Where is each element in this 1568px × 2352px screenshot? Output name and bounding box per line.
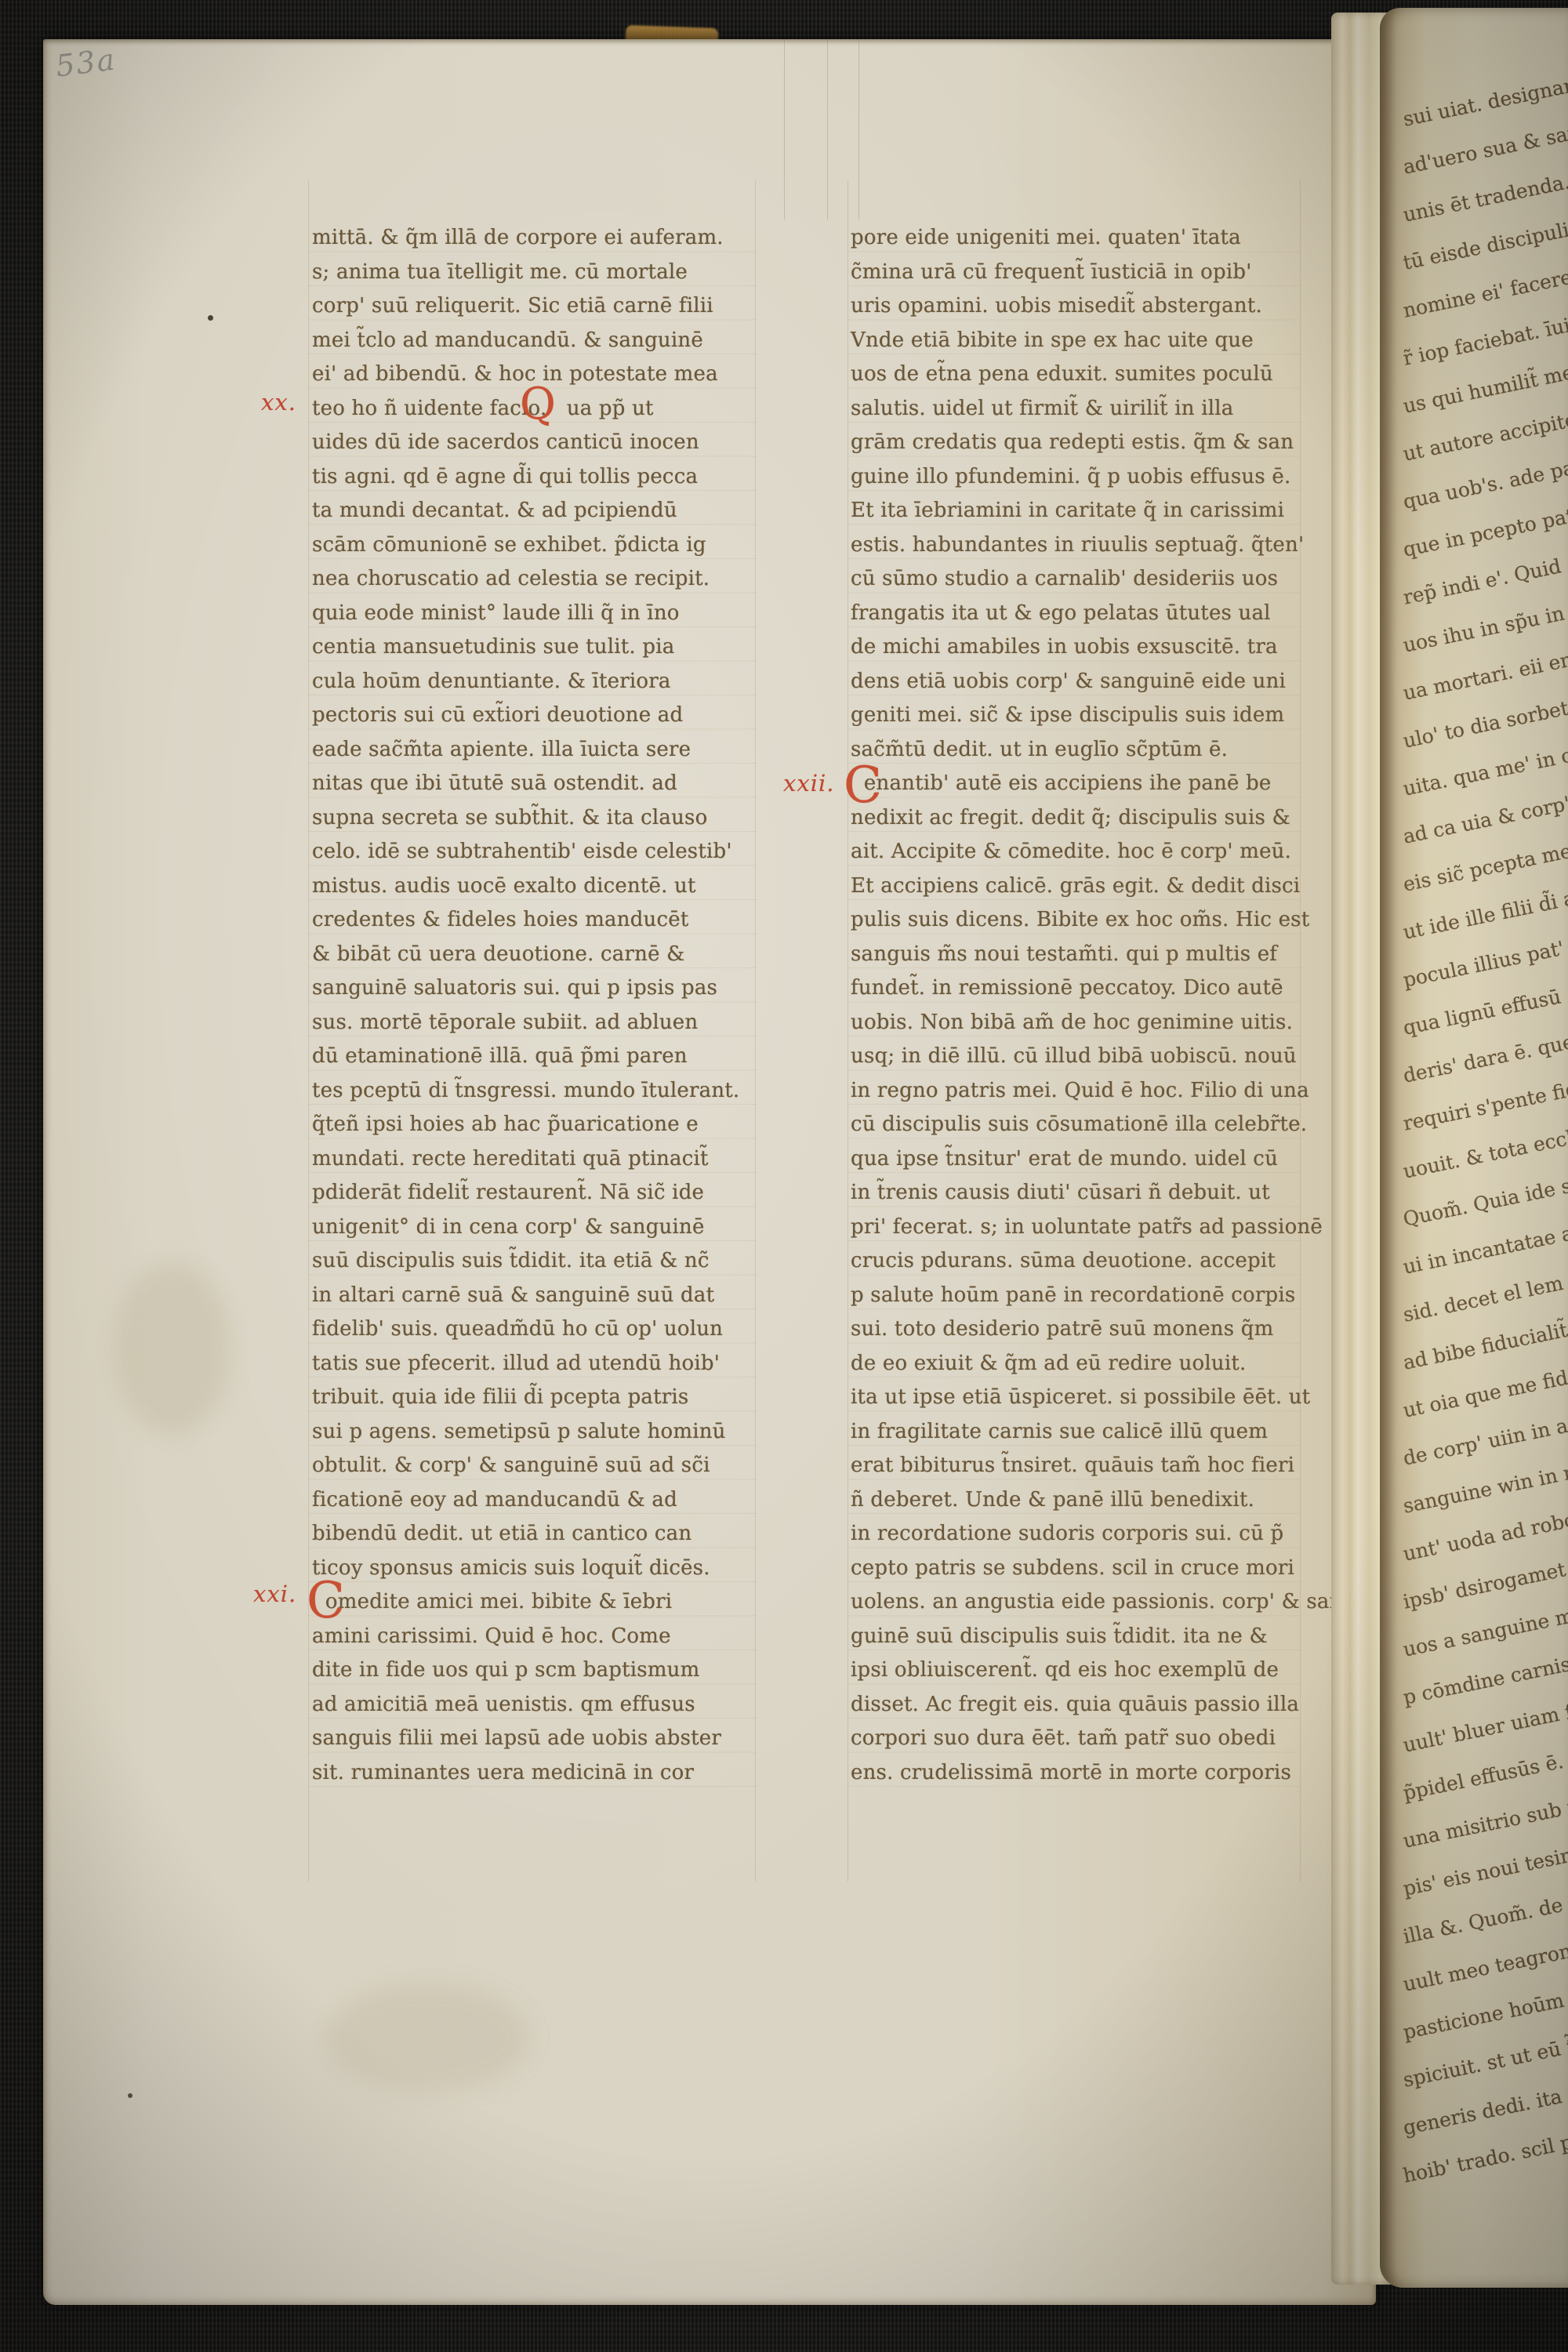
parchment-stain [114,1262,231,1435]
rubricated-initial-q: Q [520,383,556,426]
parchment-stain [325,1984,529,2093]
manuscript-left-page: 53a mittā. & q̃m illā de corpore ei aufe… [43,39,1376,2305]
photo-backdrop: 53a mittā. & q̃m illā de corpore ei aufe… [0,0,1568,2352]
text-column-1: mittā. & q̃m illā de corpore ei auferam.… [312,221,771,1790]
folio-number: 53a [54,42,118,83]
chapter-number-xxii: xxii. [783,770,834,797]
chapter-number-xx: xx. [261,389,296,416]
ink-speck [208,315,213,321]
ink-speck [128,2093,132,2098]
chapter-number-xxi: xxi. [253,1581,296,1607]
pricking-line-3 [858,39,859,220]
pricking-line-1 [784,39,785,220]
rubricated-initial-c-cenantibus: C [844,760,882,811]
pricking-line-2 [827,39,828,220]
text-column-2: pore eide unigeniti mei. quaten' ītatac̃… [851,221,1309,1790]
rubricated-initial-c-comedite: C [307,1576,345,1626]
facing-page: sui uiat. designans etiaad'uero sua & sa… [1380,8,1568,2288]
